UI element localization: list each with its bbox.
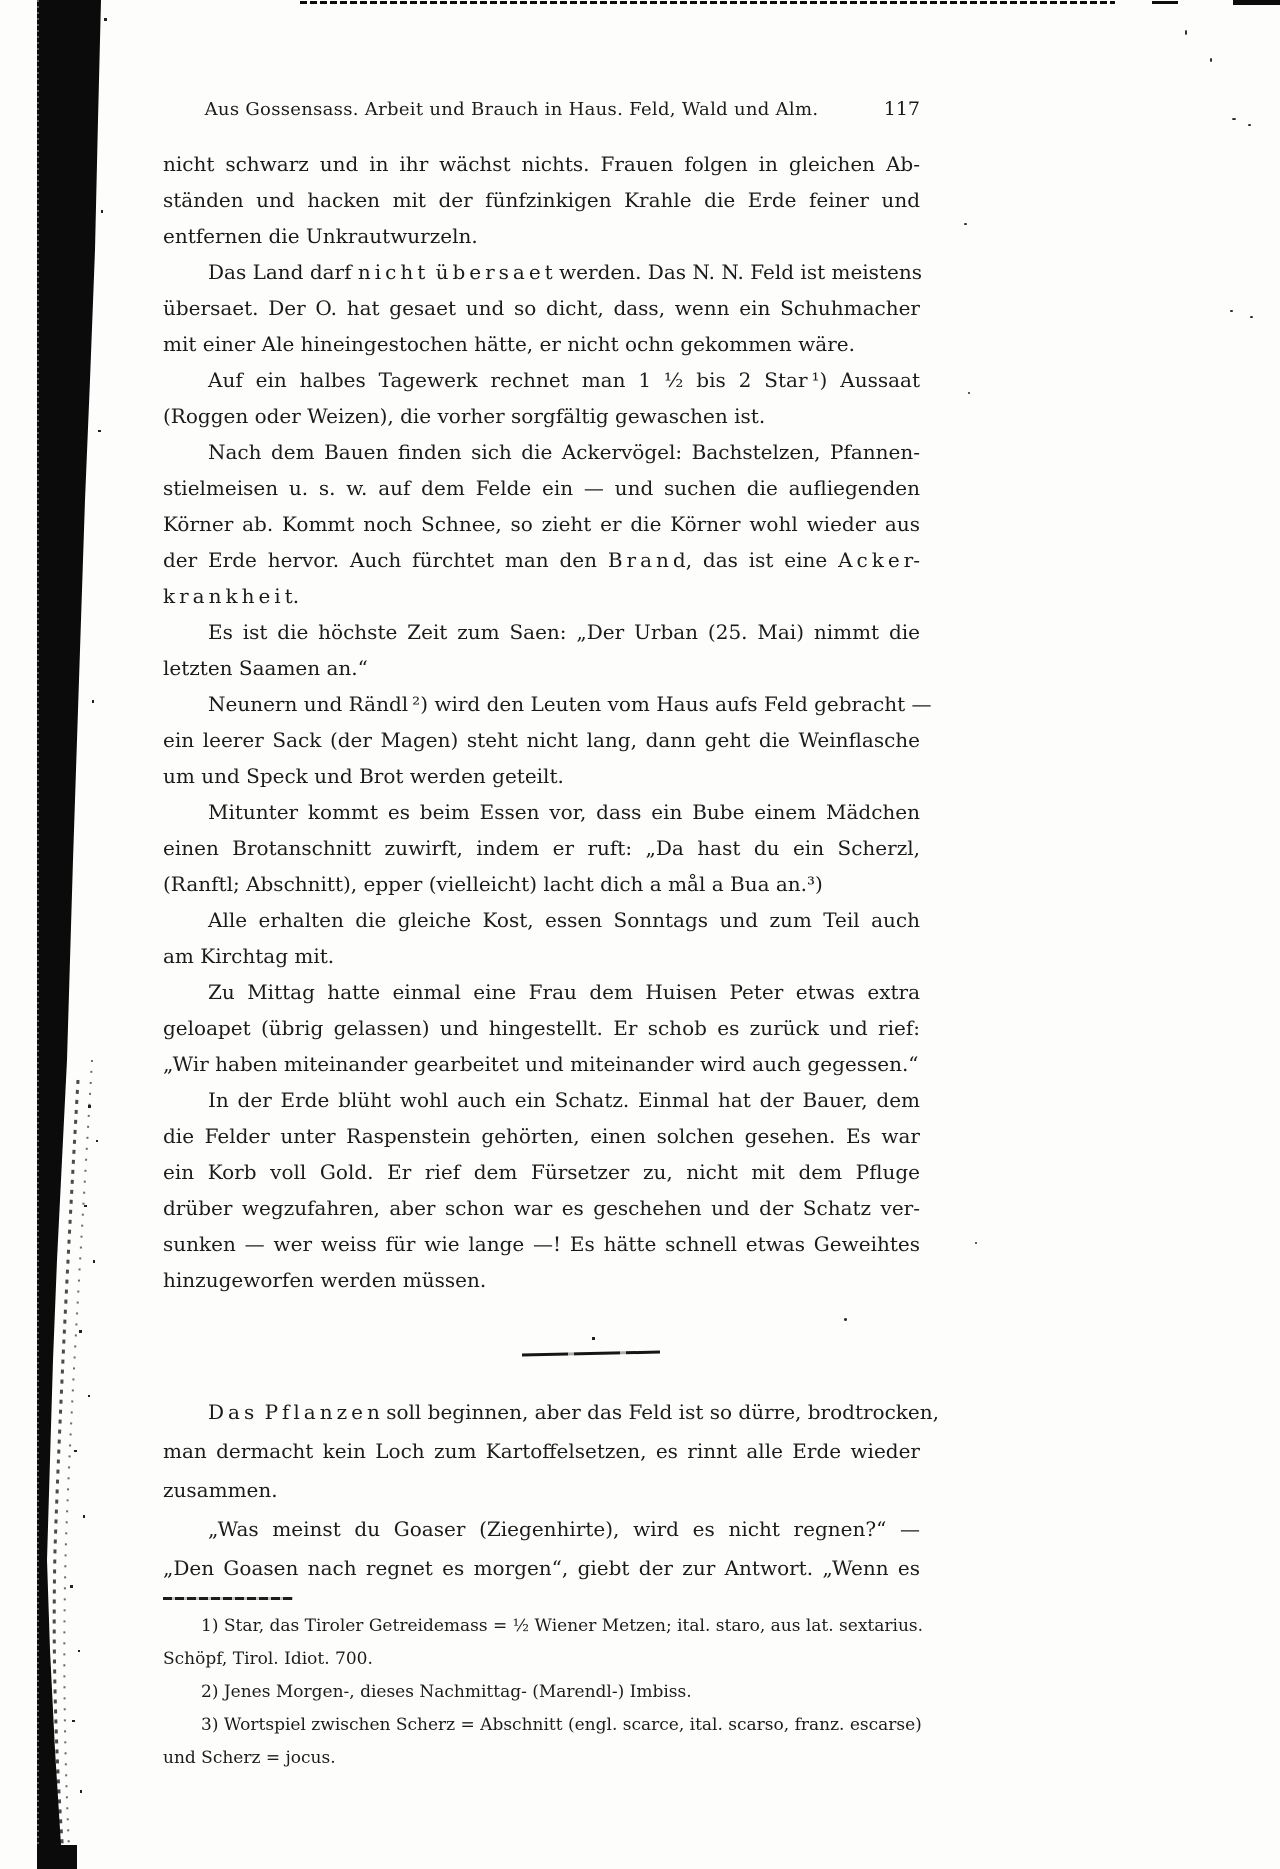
text-line: die Felder unter Raspenstein gehörten, e…	[163, 1118, 920, 1154]
body-text: nicht schwarz und in ihr wächst nichts. …	[163, 146, 920, 1298]
paragraph: 1) Star, das Tiroler Getreidemass = ½ Wi…	[163, 1610, 920, 1676]
text-line: Körner ab. Kommt noch Schnee, so zieht e…	[163, 506, 920, 542]
top-dash-fragment	[1152, 1, 1178, 4]
text-line: zusammen.	[163, 1471, 920, 1510]
text-line: ständen und hacken mit der fünfzinkigen …	[163, 182, 920, 218]
text-line: „Was meinst du Goaser (Ziegenhirte), wir…	[163, 1510, 920, 1549]
text-line: und Scherz = jocus.	[163, 1742, 920, 1775]
text-line: D a s P f l a n z e n soll beginnen, abe…	[163, 1393, 920, 1432]
top-corner-mark	[1233, 0, 1280, 5]
text-line: k r a n k h e i t.	[163, 578, 920, 614]
paragraph: Neunern und Rändl ²) wird den Leuten vom…	[163, 686, 920, 794]
text-line: (Ranftl; Abschnitt), epper (vielleicht) …	[163, 866, 920, 902]
text-line: Alle erhalten die gleiche Kost, essen So…	[163, 902, 920, 938]
text-line: Nach dem Bauen finden sich die Ackervöge…	[163, 434, 920, 470]
scan-gutter-artifact	[0, 0, 120, 1869]
text-line: ein leerer Sack (der Magen) steht nicht …	[163, 722, 920, 758]
text-line: geloapet (übrig gelassen) und hingestell…	[163, 1010, 920, 1046]
page-title: Aus Gossensass. Arbeit und Brauch in Hau…	[163, 99, 860, 120]
text-line: 2) Jenes Morgen-, dieses Nachmittag- (Ma…	[163, 1676, 920, 1709]
text-line: einen Brotanschnitt zuwirft, indem er ru…	[163, 830, 920, 866]
paragraph: Alle erhalten die gleiche Kost, essen So…	[163, 902, 920, 974]
paragraph: D a s P f l a n z e n soll beginnen, abe…	[163, 1393, 920, 1510]
text-line: „Den Goasen nach regnet es morgen“, gieb…	[163, 1549, 920, 1588]
text-line: Zu Mittag hatte einmal eine Frau dem Hui…	[163, 974, 920, 1010]
text-line: Neunern und Rändl ²) wird den Leuten vom…	[163, 686, 920, 722]
paragraph: In der Erde blüht wohl auch ein Schatz. …	[163, 1082, 920, 1298]
footnotes: 1) Star, das Tiroler Getreidemass = ½ Wi…	[163, 1610, 920, 1775]
text-line: hinzugeworfen werden müssen.	[163, 1262, 920, 1298]
paragraph: „Was meinst du Goaser (Ziegenhirte), wir…	[163, 1510, 920, 1588]
running-head: Aus Gossensass. Arbeit und Brauch in Hau…	[163, 98, 920, 120]
text-line: sunken — wer weiss für wie lange —! Es h…	[163, 1226, 920, 1262]
text-line: In der Erde blüht wohl auch ein Schatz. …	[163, 1082, 920, 1118]
text-line: (Roggen oder Weizen), die vorher sorgfäl…	[163, 398, 920, 434]
text-line: letzten Saamen an.“	[163, 650, 920, 686]
text-line: man dermacht kein Loch zum Kartoffelsetz…	[163, 1432, 920, 1471]
text-line: stielmeisen u. s. w. auf dem Felde ein —…	[163, 470, 920, 506]
text-line: ein Korb voll Gold. Er rief dem Fürsetze…	[163, 1154, 920, 1190]
paragraph: Mitunter kommt es beim Essen vor, dass e…	[163, 794, 920, 902]
text-line: Schöpf, Tirol. Idiot. 700.	[163, 1643, 920, 1676]
text-line: Auf ein halbes Tagewerk rechnet man 1 ½ …	[163, 362, 920, 398]
divider-dot	[592, 1337, 595, 1340]
text-line: entfernen die Unkrautwurzeln.	[163, 218, 920, 254]
paragraph: Nach dem Bauen finden sich die Ackervöge…	[163, 434, 920, 614]
paragraph: 2) Jenes Morgen-, dieses Nachmittag- (Ma…	[163, 1676, 920, 1709]
text-line: nicht schwarz und in ihr wächst nichts. …	[163, 146, 920, 182]
text-line: um und Speck und Brot werden geteilt.	[163, 758, 920, 794]
paragraph: Es ist die höchste Zeit zum Saen: „Der U…	[163, 614, 920, 686]
text-line: Es ist die höchste Zeit zum Saen: „Der U…	[163, 614, 920, 650]
footnote-separator	[163, 1597, 293, 1600]
section-two-text: D a s P f l a n z e n soll beginnen, abe…	[163, 1393, 920, 1588]
paragraph: Das Land darf n i c h t ü b e r s a e t …	[163, 254, 920, 362]
top-dashed-line	[300, 1, 1115, 4]
text-line: 3) Wortspiel zwischen Scherz = Abschnitt…	[163, 1709, 920, 1742]
text-line: „Wir haben miteinander gearbeitet und mi…	[163, 1046, 920, 1082]
section-divider	[522, 1351, 660, 1357]
text-line: Mitunter kommt es beim Essen vor, dass e…	[163, 794, 920, 830]
text-line: Das Land darf n i c h t ü b e r s a e t …	[163, 254, 920, 290]
paragraph: Auf ein halbes Tagewerk rechnet man 1 ½ …	[163, 362, 920, 434]
paragraph: nicht schwarz und in ihr wächst nichts. …	[163, 146, 920, 254]
text-line: drüber wegzufahren, aber schon war es ge…	[163, 1190, 920, 1226]
text-line: der Erde hervor. Auch fürchtet man den B…	[163, 542, 920, 578]
page-number: 117	[860, 98, 920, 120]
text-line: 1) Star, das Tiroler Getreidemass = ½ Wi…	[163, 1610, 920, 1643]
text-line: am Kirchtag mit.	[163, 938, 920, 974]
text-line: übersaet. Der O. hat gesaet und so dicht…	[163, 290, 920, 326]
paragraph: 3) Wortspiel zwischen Scherz = Abschnitt…	[163, 1709, 920, 1775]
text-line: mit einer Ale hineingestochen hätte, er …	[163, 326, 920, 362]
paragraph: Zu Mittag hatte einmal eine Frau dem Hui…	[163, 974, 920, 1082]
